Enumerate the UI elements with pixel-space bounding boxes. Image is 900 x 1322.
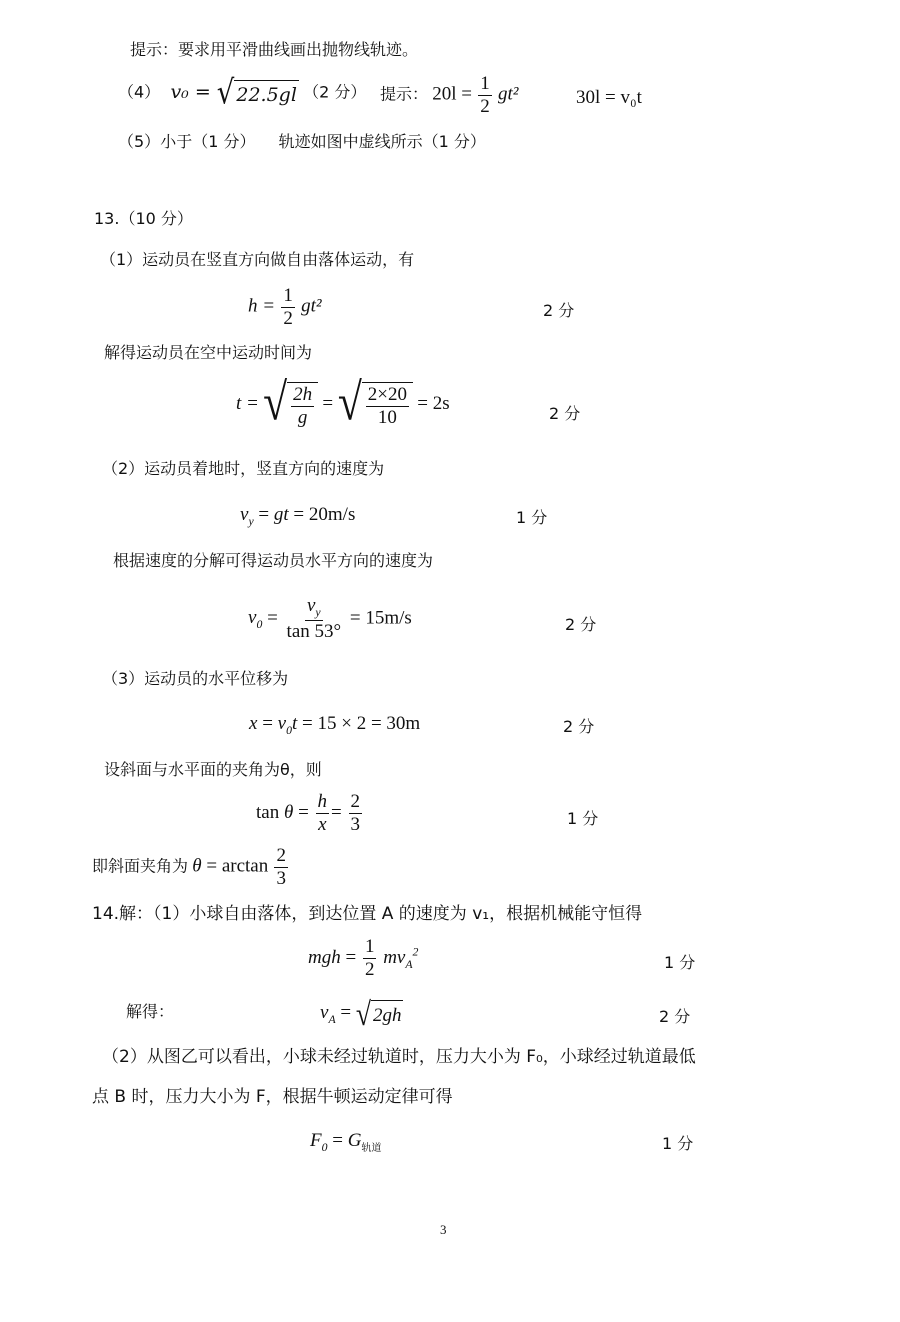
q13-part2-eq2-score: 2 分	[565, 612, 596, 635]
score-label: 1 分	[662, 1134, 693, 1153]
part4-line: （4） v₀ = √ 22.5gl （2 分）	[118, 80, 366, 108]
part5-label: （5）	[118, 132, 160, 151]
q13-part1-eq1: h = 1 2 gt²	[248, 286, 322, 329]
score-label: 2 分	[565, 615, 596, 634]
hint-eq1-lhs: 20l =	[432, 83, 472, 104]
score-label: 2 分	[543, 301, 574, 320]
radical-symbol: √	[338, 377, 362, 432]
fraction-denominator: 3	[349, 814, 363, 835]
fraction-numerator: 1	[281, 286, 295, 308]
q13-part1-eq2: t = √ 2h g = √ 2×20 10 = 2s	[236, 382, 450, 428]
q14-eq3-score: 1 分	[662, 1131, 693, 1154]
radicand: 2gh	[371, 1000, 404, 1028]
part4-hint-label: 提示：	[380, 84, 428, 103]
eq-lhs: t =	[236, 393, 259, 414]
q13-part2-intro: （2）运动员着地时，竖直方向的速度为	[102, 461, 384, 477]
q13-part2-eq1-score: 1 分	[516, 505, 547, 528]
q13-conclusion: 即斜面夹角为 θ = arctan 2 3	[92, 846, 290, 889]
q14-intro-text: 14.解：（1）小球自由落体，到达位置 A 的速度为 v₁，根据机械能守恒得	[92, 904, 642, 924]
radicand: 2×20 10	[362, 382, 413, 428]
eq-fraction: 1 2	[281, 286, 295, 329]
sqrt: √ 2gh	[356, 1000, 404, 1028]
fraction-denominator: g	[296, 407, 310, 428]
radical-symbol: √	[217, 77, 235, 110]
eq-fraction-1: h x	[316, 792, 330, 835]
hint-eq1-fraction: 1 2	[478, 74, 492, 117]
q13-part3-eq1-score: 2 分	[563, 714, 594, 737]
hint-eq1-rhs: gt²	[498, 83, 518, 104]
fraction-numerator: h	[316, 792, 330, 814]
fraction-numerator: 2h	[291, 385, 314, 407]
hint-line: 提示：要求用平滑曲线画出抛物线轨迹。	[130, 42, 418, 58]
q13-part2-mid: 根据速度的分解可得运动员水平方向的速度为	[113, 553, 433, 569]
q14-eq2: vA = √ 2gh	[320, 1000, 403, 1028]
score-label: 2 分	[659, 1007, 690, 1026]
radical-symbol: √	[263, 377, 287, 432]
q14-part2-line2: 点 B 时，压力大小为 F，根据牛顿运动定律可得	[92, 1089, 453, 1106]
eq-rhs: = 15m/s	[350, 607, 412, 628]
fraction-numerator: 1	[478, 74, 492, 96]
q13-part1-intro: （1）运动员在竖直方向做自由落体运动，有	[100, 252, 414, 268]
fraction-denominator: 2	[478, 96, 492, 117]
q13-part1-eq1-score: 2 分	[543, 298, 574, 321]
q13-part3-mid: 设斜面与水平面的夹角为θ，则	[104, 762, 322, 778]
part4-score: （2 分）	[303, 83, 366, 102]
fraction-denominator: 2	[281, 308, 295, 329]
fraction-numerator: vy	[305, 596, 323, 621]
q13-part2-eq2: v0 = vy tan 53° = 15m/s	[248, 596, 412, 642]
eq-fraction: 2×20 10	[366, 385, 409, 428]
score-label: 1 分	[516, 508, 547, 527]
fraction-denominator: 3	[274, 868, 288, 889]
score-label: 1 分	[664, 953, 695, 972]
q13-header: 13.（10 分）	[94, 211, 193, 227]
eq-fraction-2: 2 3	[349, 792, 363, 835]
subscript: 轨道	[361, 1143, 381, 1154]
q13-part3-intro: （3）运动员的水平位移为	[102, 671, 288, 687]
eq-fraction: 2h g	[291, 385, 314, 428]
score-label: 1 分	[567, 809, 598, 828]
q14-solve-label: 解得：	[126, 1004, 174, 1020]
hint-eq2: 30l = v₀t	[576, 88, 642, 107]
part4-sqrt: √ 22.5gl	[217, 80, 299, 108]
q14-eq2-score: 2 分	[659, 1004, 690, 1027]
page-number: 3	[440, 1222, 447, 1238]
q13-part3-eq2: tan θ = h x = 2 3	[256, 792, 364, 835]
eq-lhs: h =	[248, 295, 275, 316]
q14-intro: 14.解：（1）小球自由落体，到达位置 A 的速度为 v₁，根据机械能守恒得	[92, 904, 642, 923]
q13-part3-eq1: x = v0t = 15 × 2 = 30m	[249, 714, 420, 737]
conclusion-fraction: 2 3	[274, 846, 288, 889]
fraction-denominator: tan 53°	[285, 621, 344, 642]
q14-eq3: F0 = G轨道	[310, 1131, 381, 1154]
fraction-numerator: 2	[349, 792, 363, 814]
part4-label: （4）	[118, 83, 160, 102]
q14-eq1-score: 1 分	[664, 950, 695, 973]
score-label: 2 分	[563, 717, 594, 736]
fraction-denominator: 2	[363, 959, 377, 980]
part5-note: 轨迹如图中虚线所示（1 分）	[279, 132, 486, 151]
radical-symbol: √	[356, 997, 371, 1030]
score-label: 2 分	[549, 404, 580, 423]
q13-part3-eq2-score: 1 分	[567, 806, 598, 829]
eq-rhs: = 2s	[417, 393, 449, 414]
radicand: 2h g	[287, 382, 318, 428]
eq-fraction: 1 2	[363, 937, 377, 980]
part4-radicand: 22.5gl	[234, 80, 299, 108]
part5-answer: 小于（1 分）	[160, 132, 255, 151]
fraction-denominator: 10	[376, 407, 399, 428]
part5-line: （5）小于（1 分） 轨迹如图中虚线所示（1 分）	[118, 134, 486, 150]
q13-part1-mid: 解得运动员在空中运动时间为	[104, 345, 312, 361]
fraction-numerator: 1	[363, 937, 377, 959]
part4-formula-lhs: v₀ =	[170, 81, 216, 103]
fraction-numerator: 2	[274, 846, 288, 868]
sqrt-fraction-1: √ 2h g	[263, 382, 318, 428]
eq-rhs: gt²	[301, 295, 321, 316]
q14-eq1: mgh = 1 2 mvA2	[308, 937, 418, 980]
fraction-denominator: x	[316, 814, 328, 835]
sqrt-fraction-2: √ 2×20 10	[338, 382, 413, 428]
q13-part1-eq2-score: 2 分	[549, 401, 580, 424]
q13-part2-eq1: vy = gt = 20m/s	[240, 505, 355, 528]
conclusion-text: 即斜面夹角为	[92, 856, 188, 875]
part4-hint: 提示： 20l = 1 2 gt²	[380, 74, 519, 117]
eq-fraction: vy tan 53°	[285, 596, 344, 642]
fraction-numerator: 2×20	[366, 385, 409, 407]
q14-part2-line1: （2）从图乙可以看出，小球未经过轨道时，压力大小为 F₀，小球经过轨道最低	[102, 1049, 696, 1066]
